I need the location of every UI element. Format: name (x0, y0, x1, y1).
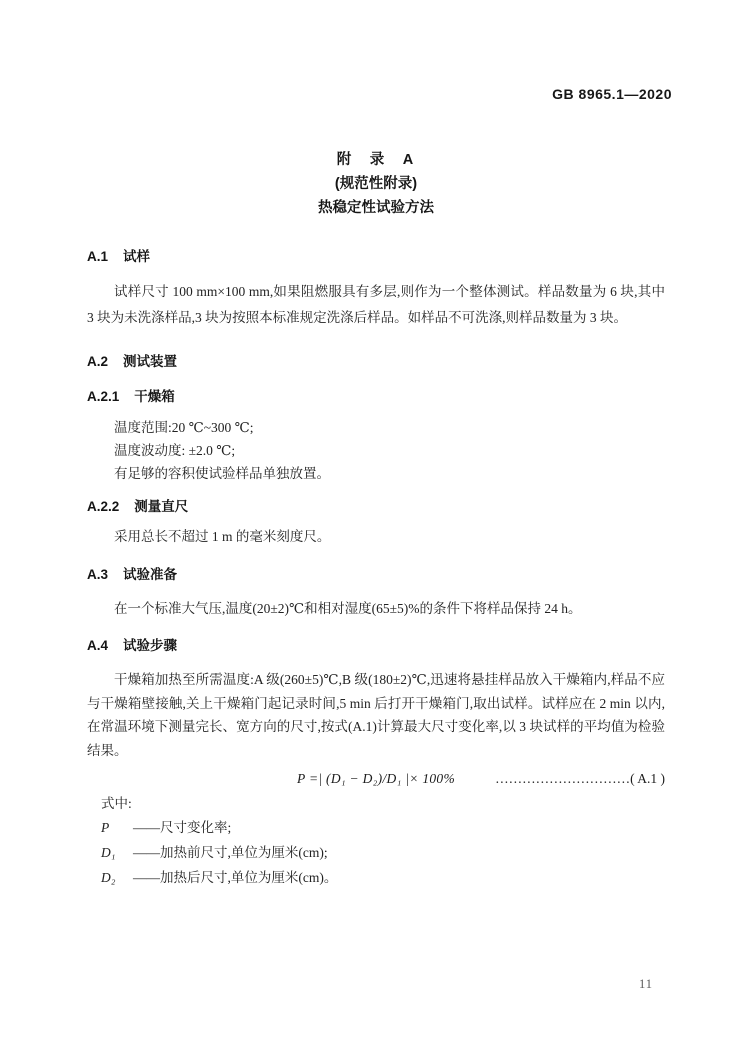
formula-number-label: …………………………( A.1 ) (495, 767, 665, 791)
section-a21-heading: A.2.1干燥箱 (87, 388, 665, 406)
section-a21-number: A.2.1 (87, 389, 119, 404)
spec-line-capacity: 有足够的容积使试验样品单独放置。 (87, 462, 665, 485)
formula-expression: P =| (D₁ − D₂)/D₁ |× 100% (297, 767, 455, 791)
appendix-title-line1: 附 录 A (87, 148, 665, 172)
spec-line-temperature-range: 温度范围:20 ℃~300 ℃; (87, 416, 665, 439)
section-a1-heading: A.1试样 (87, 248, 665, 266)
section-a21-spec-list: 温度范围:20 ℃~300 ℃; 温度波动度: ±2.0 ℃; 有足够的容积使试… (87, 416, 665, 485)
section-a4-title: 试验步骤 (123, 638, 177, 653)
spec-line-temperature-fluctuation: 温度波动度: ±2.0 ℃; (87, 439, 665, 462)
definition-p: P ——尺寸变化率; (87, 815, 665, 840)
formula-where-label: 式中: (87, 793, 665, 815)
definition-d2-desc: ——加热后尺寸,单位为厘米(cm)。 (133, 865, 665, 890)
section-a2-title: 测试装置 (123, 354, 177, 369)
document-page: GB 8965.1—2020 附 录 A (规范性附录) 热稳定性试验方法 A.… (0, 0, 750, 1061)
definition-d2-symbol: D₂ (101, 865, 133, 890)
section-a3-paragraph: 在一个标准大气压,温度(20±2)℃和相对湿度(65±5)%的条件下将样品保持 … (87, 597, 665, 620)
section-a1-number: A.1 (87, 249, 108, 264)
definition-d1: D₁ ——加热前尺寸,单位为厘米(cm); (87, 840, 665, 865)
section-a1-paragraph: 试样尺寸 100 mm×100 mm,如果阻燃服具有多层,则作为一个整体测试。样… (87, 279, 665, 331)
definition-d2: D₂ ——加热后尺寸,单位为厘米(cm)。 (87, 865, 665, 890)
section-a4-heading: A.4试验步骤 (87, 637, 665, 655)
definition-p-symbol: P (101, 815, 133, 840)
appendix-title: 附 录 A (规范性附录) 热稳定性试验方法 (87, 148, 665, 220)
definition-p-desc: ——尺寸变化率; (133, 815, 665, 840)
appendix-title-line2: (规范性附录) (87, 172, 665, 196)
section-a22-title: 测量直尺 (134, 499, 188, 514)
page-content: 附 录 A (规范性附录) 热稳定性试验方法 A.1试样 试样尺寸 100 mm… (87, 0, 665, 890)
appendix-title-line3: 热稳定性试验方法 (87, 196, 665, 220)
section-a3-title: 试验准备 (123, 567, 177, 582)
section-a1-title: 试样 (123, 249, 150, 264)
section-a3-heading: A.3试验准备 (87, 566, 665, 584)
section-a3-number: A.3 (87, 567, 108, 582)
page-number: 11 (639, 977, 653, 992)
definition-d1-desc: ——加热前尺寸,单位为厘米(cm); (133, 840, 665, 865)
section-a4-number: A.4 (87, 638, 108, 653)
section-a2-heading: A.2测试装置 (87, 353, 665, 371)
section-a21-title: 干燥箱 (134, 389, 175, 404)
section-a2-number: A.2 (87, 354, 108, 369)
section-a22-heading: A.2.2测量直尺 (87, 498, 665, 516)
section-a22-number: A.2.2 (87, 499, 119, 514)
section-a4-paragraph: 干燥箱加热至所需温度:A 级(260±5)℃,B 级(180±2)℃,迅速将悬挂… (87, 668, 665, 762)
definition-d1-symbol: D₁ (101, 840, 133, 865)
formula-a1: P =| (D₁ − D₂)/D₁ |× 100% …………………………( A.… (87, 767, 665, 791)
section-a22-paragraph: 采用总长不超过 1 m 的毫米刻度尺。 (87, 525, 665, 548)
